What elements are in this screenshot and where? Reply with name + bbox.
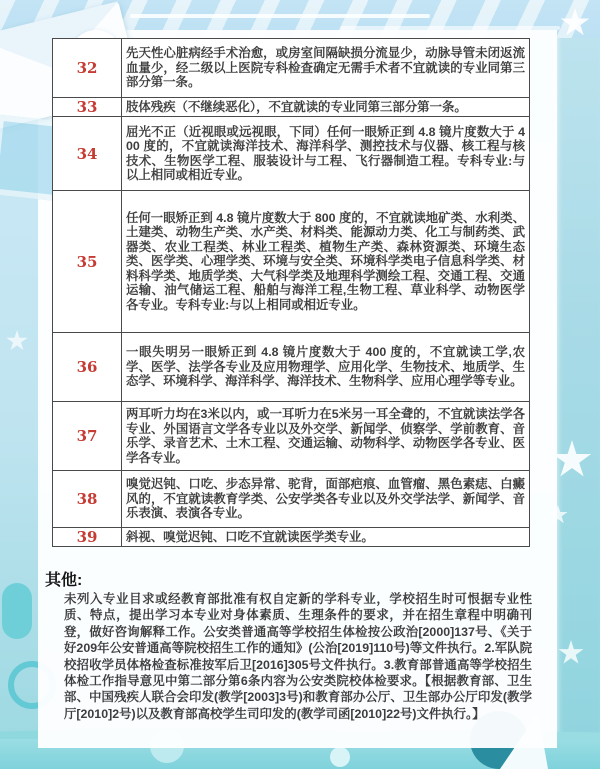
row-number: 33 xyxy=(53,98,122,117)
row-number: 37 xyxy=(53,402,122,471)
table-row: 34 屈光不正（近视眼或远视眼，下同）任何一眼矫正到 4.8 镜片度数大于 40… xyxy=(53,117,530,191)
row-text: 斜视、嗅觉迟钝、口吃不宜就读医学类专业。 xyxy=(126,530,525,545)
table-row: 38 嗅觉迟钝、口吃、步态异常、驼背，面部疤痕、血管瘤、黑色素痣、白癜风的，不宜… xyxy=(53,471,530,528)
table-row: 33 肢体残疾（不继续恶化），不宜就读的专业同第三部分第一条。 xyxy=(53,98,530,117)
row-text: 两耳听力均在3米以内，或一耳听力在5米另一耳全聋的，不宜就读法学各专业、外国语言… xyxy=(126,403,525,469)
table-row: 37 两耳听力均在3米以内，或一耳听力在5米另一耳全聋的，不宜就读法学各专业、外… xyxy=(53,402,530,471)
table-row: 32 先天性心脏病经手术治愈，或房室间隔缺损分流显少，动脉导管未闭返流血量少，经… xyxy=(53,39,530,98)
row-number: 39 xyxy=(53,528,122,547)
table-row: 39 斜视、嗅觉迟钝、口吃不宜就读医学类专业。 xyxy=(53,528,530,547)
row-text: 嗅觉迟钝、口吃、步态异常、驼背，面部疤痕、血管瘤、黑色素痣、白癜风的，不宜就读教… xyxy=(126,472,525,526)
other-section-body: 未列入专业目求或经教育部批准有权自定新的学科专业，学校招生时可恨据专业性质、特点… xyxy=(64,591,532,722)
other-section-heading: 其他: xyxy=(45,567,82,590)
row-number: 38 xyxy=(53,471,122,528)
row-number: 34 xyxy=(53,117,122,191)
row-text: 一眼失明另一眼矫正到 4.8 镜片度数大于 400 度的，不宜就读工学,农学、医… xyxy=(126,334,525,400)
document-sheet: 32 先天性心脏病经手术治愈，或房室间隔缺损分流显少，动脉导管未闭返流血量少，经… xyxy=(0,0,600,769)
row-text: 屈光不正（近视眼或远视眼，下同）任何一眼矫正到 4.8 镜片度数大于 400 度… xyxy=(126,118,525,189)
row-text: 任何一眼矫正到 4.8 镜片度数大于 800 度的，不宜就读地矿类、水利类、土建… xyxy=(126,192,525,331)
table-row: 35 任何一眼矫正到 4.8 镜片度数大于 800 度的，不宜就读地矿类、水利类… xyxy=(53,191,530,333)
row-text: 先天性心脏病经手术治愈，或房室间隔缺损分流显少，动脉导管未闭返流血量少，经二级以… xyxy=(126,40,525,96)
row-number: 32 xyxy=(53,39,122,98)
table-row: 36 一眼失明另一眼矫正到 4.8 镜片度数大于 400 度的，不宜就读工学,农… xyxy=(53,333,530,402)
medical-standards-table: 32 先天性心脏病经手术治愈，或房室间隔缺损分流显少，动脉导管未闭返流血量少，经… xyxy=(52,38,530,547)
row-text: 肢体残疾（不继续恶化），不宜就读的专业同第三部分第一条。 xyxy=(126,100,525,115)
row-number: 36 xyxy=(53,333,122,402)
row-number: 35 xyxy=(53,191,122,333)
